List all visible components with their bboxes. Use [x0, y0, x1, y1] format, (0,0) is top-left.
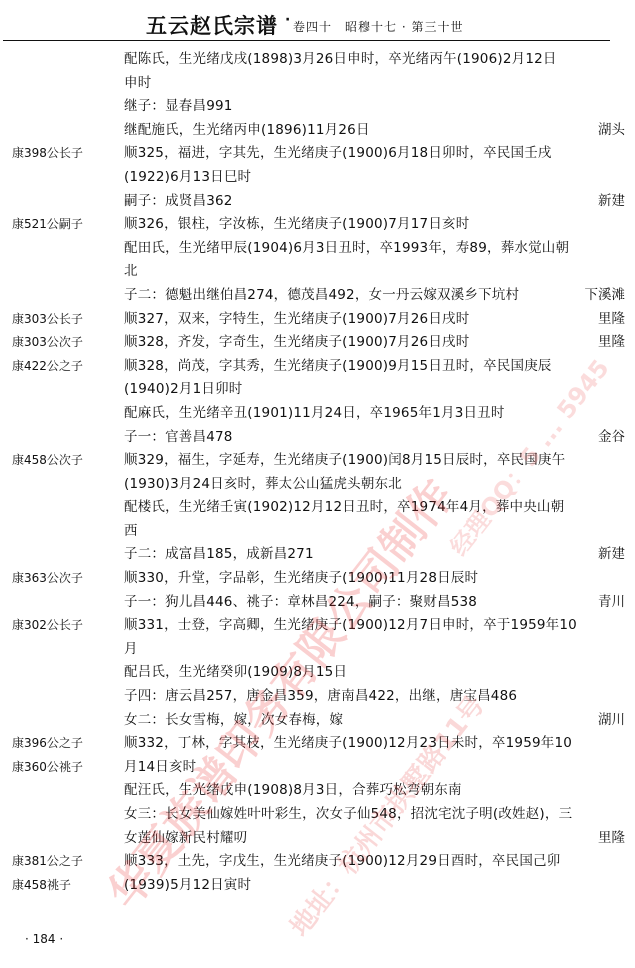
lineage-label: 康302公长子 [12, 614, 83, 638]
entry-text: 顺326，银柱，字汝栋，生光绪庚子(1900)7月17日亥时 [124, 213, 469, 237]
entry-text: 女三：长女美仙嫁姓叶叶彩生，次女子仙548，招沈宅沈子明(改姓赵)，三 [124, 803, 572, 827]
entry-line: 康521公嗣子顺326，银柱，字汝栋，生光绪庚子(1900)7月17日亥时 [0, 213, 635, 237]
title-separator: · [285, 12, 290, 28]
entry-text: (1939)5月12日寅时 [124, 874, 251, 898]
entry-line: (1940)2月1日卯时 [0, 378, 635, 402]
entry-line: 康363公次子顺330，升堂，字品彰，生光绪庚子(1900)11月28日辰时 [0, 567, 635, 591]
entry-text: 女莲仙嫁新民村耀叨 [124, 827, 247, 851]
entry-line: 女莲仙嫁新民村耀叨里隆 [0, 827, 635, 851]
entry-line: 子四：唐云昌257，唐金昌359，唐南昌422，出继，唐宝昌486 [0, 685, 635, 709]
entry-text: 配汪氏，生光绪戊申(1908)8月3日，合葬巧松弯朝东南 [124, 779, 462, 803]
entry-line: 子一：官善昌478金谷 [0, 426, 635, 450]
entry-text: 配吕氏，生光绪癸卯(1909)8月15日 [124, 661, 347, 685]
entry-text: 继配施氏，生光绪丙申(1896)11月26日 [124, 119, 370, 143]
entry-line: 康360公祧子月14日亥时 [0, 756, 635, 780]
page-header: 五云赵氏宗谱 · 卷四十 昭穆十七 · 第三十世 [0, 0, 635, 42]
entry-text: 子二：成富昌185，成新昌271 [124, 543, 314, 567]
entry-line: 子二：德魁出继伯昌274，德茂昌492，女一丹云嫁双溪乡下坑村下溪滩 [0, 284, 635, 308]
entry-line: 配麻氏，生光绪辛丑(1901)11月24日，卒1965年1月3日丑时 [0, 402, 635, 426]
entry-line: 北 [0, 260, 635, 284]
entry-line: 康458公次子顺329，福生，字延寿，生光绪庚子(1900)闰8月15日辰时，卒… [0, 449, 635, 473]
lineage-label: 康363公次子 [12, 567, 83, 591]
residence-place: 里隆 [598, 308, 625, 332]
residence-place: 金谷 [598, 426, 625, 450]
entry-line: 女二：长女雪梅，嫁，次女春梅，嫁湖川 [0, 709, 635, 733]
entry-line: 嗣子：成贤昌362新建 [0, 190, 635, 214]
residence-place: 新建 [598, 190, 625, 214]
entry-text: 配陈氏，生光绪戊戌(1898)3月26日申时，卒光绪丙午(1906)2月12日 [124, 48, 557, 72]
entry-line: 康381公之子顺333，土先，字戊生，生光绪庚子(1900)12月29日酉时，卒… [0, 850, 635, 874]
entry-line: 康422公之子顺328，尚茂，字其秀，生光绪庚子(1900)9月15日丑时，卒民… [0, 355, 635, 379]
lineage-label: 康398公长子 [12, 142, 83, 166]
entry-text: 配麻氏，生光绪辛丑(1901)11月24日，卒1965年1月3日丑时 [124, 402, 505, 426]
entry-line: (1930)3月24日亥时，葬太公山猛虎头朝东北 [0, 473, 635, 497]
entry-text: 顺332，丁林，字其枝，生光绪庚子(1900)12月23日未时，卒1959年10 [124, 732, 572, 756]
lineage-label: 康458祧子 [12, 874, 71, 898]
entry-text: 子一：狗儿昌446、祧子：章林昌224，嗣子：聚财昌538 [124, 591, 477, 615]
entry-text: 西 [124, 520, 138, 544]
residence-place: 新建 [598, 543, 625, 567]
entry-line: 配吕氏，生光绪癸卯(1909)8月15日 [0, 661, 635, 685]
entry-line: (1922)6月13日巳时 [0, 166, 635, 190]
residence-place: 青川 [598, 591, 625, 615]
entry-text: 配田氏，生光绪甲辰(1904)6月3日丑时，卒1993年，寿89，葬水觉山朝 [124, 237, 569, 261]
entry-text: 嗣子：成贤昌362 [124, 190, 233, 214]
entry-line: 西 [0, 520, 635, 544]
lineage-label: 康458公次子 [12, 449, 83, 473]
entry-text: 申时 [124, 72, 151, 96]
lineage-label: 康521公嗣子 [12, 213, 83, 237]
entry-line: 申时 [0, 72, 635, 96]
entry-line: 康303公长子顺327，双来，字特生，生光绪庚子(1900)7月26日戌时里隆 [0, 308, 635, 332]
book-title: 五云赵氏宗谱 [146, 10, 278, 40]
lineage-label: 康422公之子 [12, 355, 83, 379]
entry-line: 康303公次子顺328，齐发，字奇生，生光绪庚子(1900)7月26日戌时里隆 [0, 331, 635, 355]
entry-text: 月 [124, 638, 138, 662]
entry-text: 顺331，士登，字高卿，生光绪庚子(1900)12月7日申时，卒于1959年10 [124, 614, 577, 638]
entry-line: 康302公长子顺331，士登，字高卿，生光绪庚子(1900)12月7日申时，卒于… [0, 614, 635, 638]
lineage-label: 康303公长子 [12, 308, 83, 332]
residence-place: 里隆 [598, 827, 625, 851]
entry-text: 顺328，齐发，字奇生，生光绪庚子(1900)7月26日戌时 [124, 331, 469, 355]
entry-text: 子二：德魁出继伯昌274，德茂昌492，女一丹云嫁双溪乡下坑村 [124, 284, 519, 308]
entry-line: 继子：显春昌991 [0, 95, 635, 119]
entry-line: 康458祧子(1939)5月12日寅时 [0, 874, 635, 898]
entry-line: 配陈氏，生光绪戊戌(1898)3月26日申时，卒光绪丙午(1906)2月12日 [0, 48, 635, 72]
entry-line: 女三：长女美仙嫁姓叶叶彩生，次女子仙548，招沈宅沈子明(改姓赵)，三 [0, 803, 635, 827]
entry-text: 顺327，双来，字特生，生光绪庚子(1900)7月26日戌时 [124, 308, 469, 332]
entry-line: 康398公长子顺325，福进，字其先，生光绪庚子(1900)6月18日卯时，卒民… [0, 142, 635, 166]
residence-place: 湖头 [598, 119, 625, 143]
entry-line: 月 [0, 638, 635, 662]
entry-line: 康396公之子顺332，丁林，字其枝，生光绪庚子(1900)12月23日未时，卒… [0, 732, 635, 756]
residence-place: 湖川 [598, 709, 625, 733]
entry-text: 继子：显春昌991 [124, 95, 233, 119]
entry-text: 顺330，升堂，字品彰，生光绪庚子(1900)11月28日辰时 [124, 567, 478, 591]
entry-line: 配汪氏，生光绪戊申(1908)8月3日，合葬巧松弯朝东南 [0, 779, 635, 803]
entry-text: (1922)6月13日巳时 [124, 166, 251, 190]
entry-text: 顺328，尚茂，字其秀，生光绪庚子(1900)9月15日丑时，卒民国庚辰 [124, 355, 552, 379]
header-rule [3, 40, 610, 41]
entry-line: 配楼氏，生光绪壬寅(1902)12月12日丑时，卒1974年4月，葬中央山朝 [0, 496, 635, 520]
lineage-label: 康381公之子 [12, 850, 83, 874]
lineage-label: 康396公之子 [12, 732, 83, 756]
residence-place: 里隆 [598, 331, 625, 355]
entry-line: 继配施氏，生光绪丙申(1896)11月26日湖头 [0, 119, 635, 143]
volume-subtitle: 卷四十 昭穆十七 · 第三十世 [293, 18, 463, 35]
entry-text: 配楼氏，生光绪壬寅(1902)12月12日丑时，卒1974年4月，葬中央山朝 [124, 496, 564, 520]
entry-text: 顺329，福生，字延寿，生光绪庚子(1900)闰8月15日辰时，卒民国庚午 [124, 449, 565, 473]
page-number: · 184 · [25, 932, 63, 946]
entry-text: 顺333，土先，字戊生，生光绪庚子(1900)12月29日酉时，卒民国己卯 [124, 850, 560, 874]
entry-text: (1930)3月24日亥时，葬太公山猛虎头朝东北 [124, 473, 402, 497]
genealogy-body: 配陈氏，生光绪戊戌(1898)3月26日申时，卒光绪丙午(1906)2月12日申… [0, 48, 635, 897]
entry-text: 女二：长女雪梅，嫁，次女春梅，嫁 [124, 709, 343, 733]
entry-text: 北 [124, 260, 138, 284]
entry-line: 配田氏，生光绪甲辰(1904)6月3日丑时，卒1993年，寿89，葬水觉山朝 [0, 237, 635, 261]
entry-line: 子二：成富昌185，成新昌271新建 [0, 543, 635, 567]
lineage-label: 康303公次子 [12, 331, 83, 355]
entry-text: (1940)2月1日卯时 [124, 378, 242, 402]
lineage-label: 康360公祧子 [12, 756, 83, 780]
entry-text: 子四：唐云昌257，唐金昌359，唐南昌422，出继，唐宝昌486 [124, 685, 517, 709]
entry-text: 月14日亥时 [124, 756, 196, 780]
entry-text: 子一：官善昌478 [124, 426, 233, 450]
entry-line: 子一：狗儿昌446、祧子：章林昌224，嗣子：聚财昌538青川 [0, 591, 635, 615]
entry-text: 顺325，福进，字其先，生光绪庚子(1900)6月18日卯时，卒民国壬戌 [124, 142, 552, 166]
residence-place: 下溪滩 [585, 284, 626, 308]
